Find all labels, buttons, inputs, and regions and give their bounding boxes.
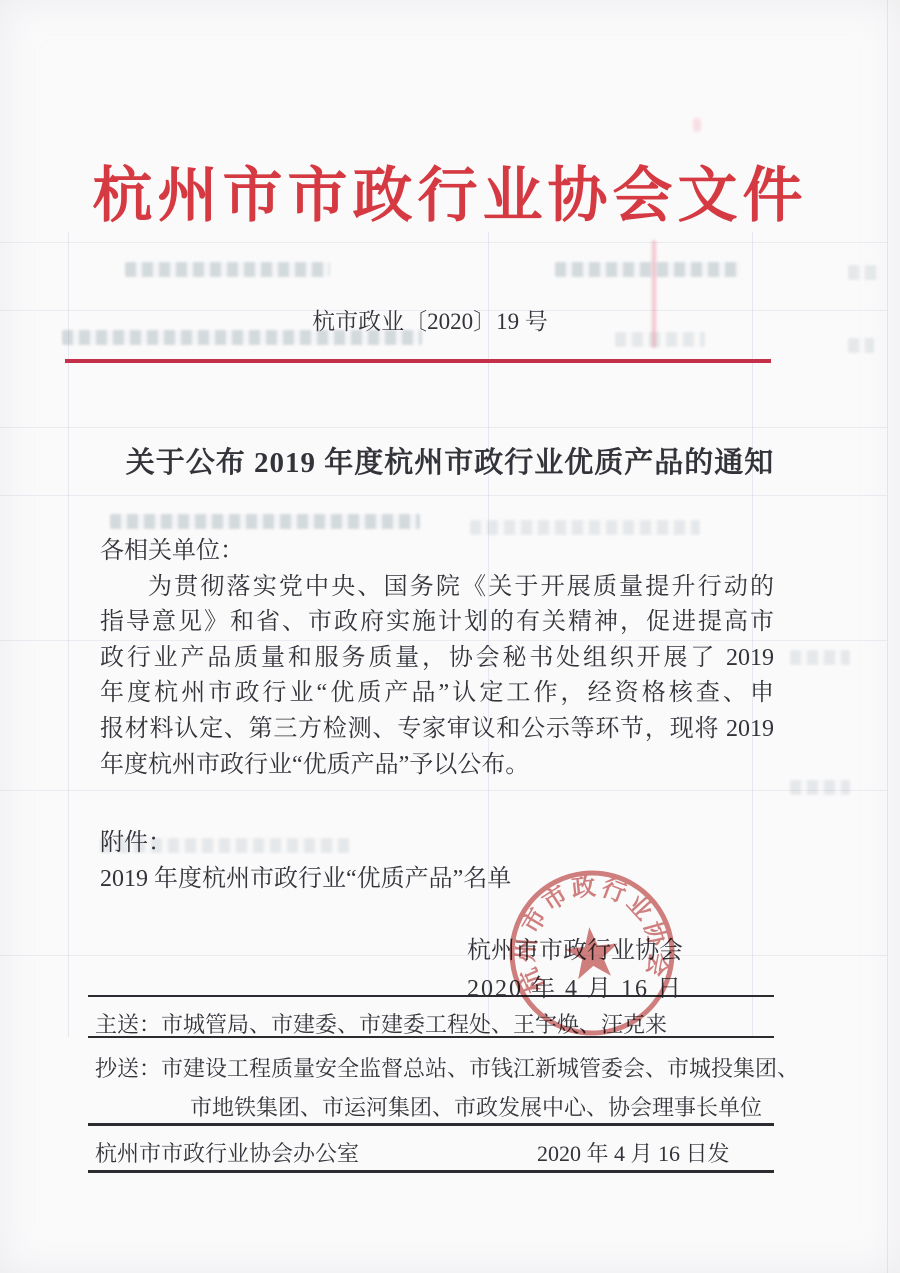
footer-rule: [88, 1170, 774, 1173]
cc-label: 抄送：: [95, 1056, 161, 1081]
official-seal: 杭州市市政行业协会: [488, 849, 697, 1058]
main-send-label: 主送：: [95, 1012, 161, 1037]
body-line: 指导意见》和省、市政府实施计划的有关精神，促进提高市: [100, 605, 774, 641]
notice-title: 关于公布 2019 年度杭州市政行业优质产品的通知: [0, 440, 900, 481]
attachment-label: 附件：: [100, 822, 172, 857]
red-divider-rule: [65, 359, 771, 363]
issue-date: 2020 年 4 月 16 日发: [537, 1137, 730, 1168]
document-number: 杭市政业〔2020〕19 号: [312, 303, 548, 336]
body-line: 年度杭州市政行业“优质产品”认定工作，经资格核查、申: [100, 676, 774, 712]
cc-row: 抄送：市建设工程质量安全监督总站、市钱江新城管委会、市城投集团、: [95, 1052, 799, 1083]
salutation: 各相关单位：: [100, 534, 774, 570]
notice-body: 各相关单位： 为贯彻落实党中央、国务院《关于开展质量提升行动的 指导意见》和省、…: [100, 534, 774, 783]
body-line: 政行业产品质量和服务质量，协会秘书处组织开展了 2019: [100, 641, 774, 677]
scanned-official-document: 杭州市市政行业协会文件 杭市政业〔2020〕19 号 关于公布 2019 年度杭…: [0, 0, 900, 1273]
body-line: 年度杭州市政行业“优质产品”予以公布。: [100, 748, 774, 784]
issuing-office: 杭州市市政行业协会办公室: [95, 1137, 359, 1168]
body-line: 为贯彻落实党中央、国务院《关于开展质量提升行动的: [100, 570, 774, 606]
cc-recipients-line2: 市地铁集团、市运河集团、市政发展中心、协会理事长单位: [190, 1091, 762, 1122]
footer-rule: [88, 1123, 774, 1126]
attachment-item: 2019 年度杭州市政行业“优质产品”名单: [100, 858, 511, 893]
body-line: 报材料认定、第三方检测、专家审议和公示等环节，现将 2019: [100, 712, 774, 748]
cc-recipients-line1: 市建设工程质量安全监督总站、市钱江新城管委会、市城投集团、: [161, 1056, 799, 1081]
seal-star-icon: [563, 924, 621, 980]
letterhead-title: 杭州市市政行业协会文件: [0, 148, 900, 234]
